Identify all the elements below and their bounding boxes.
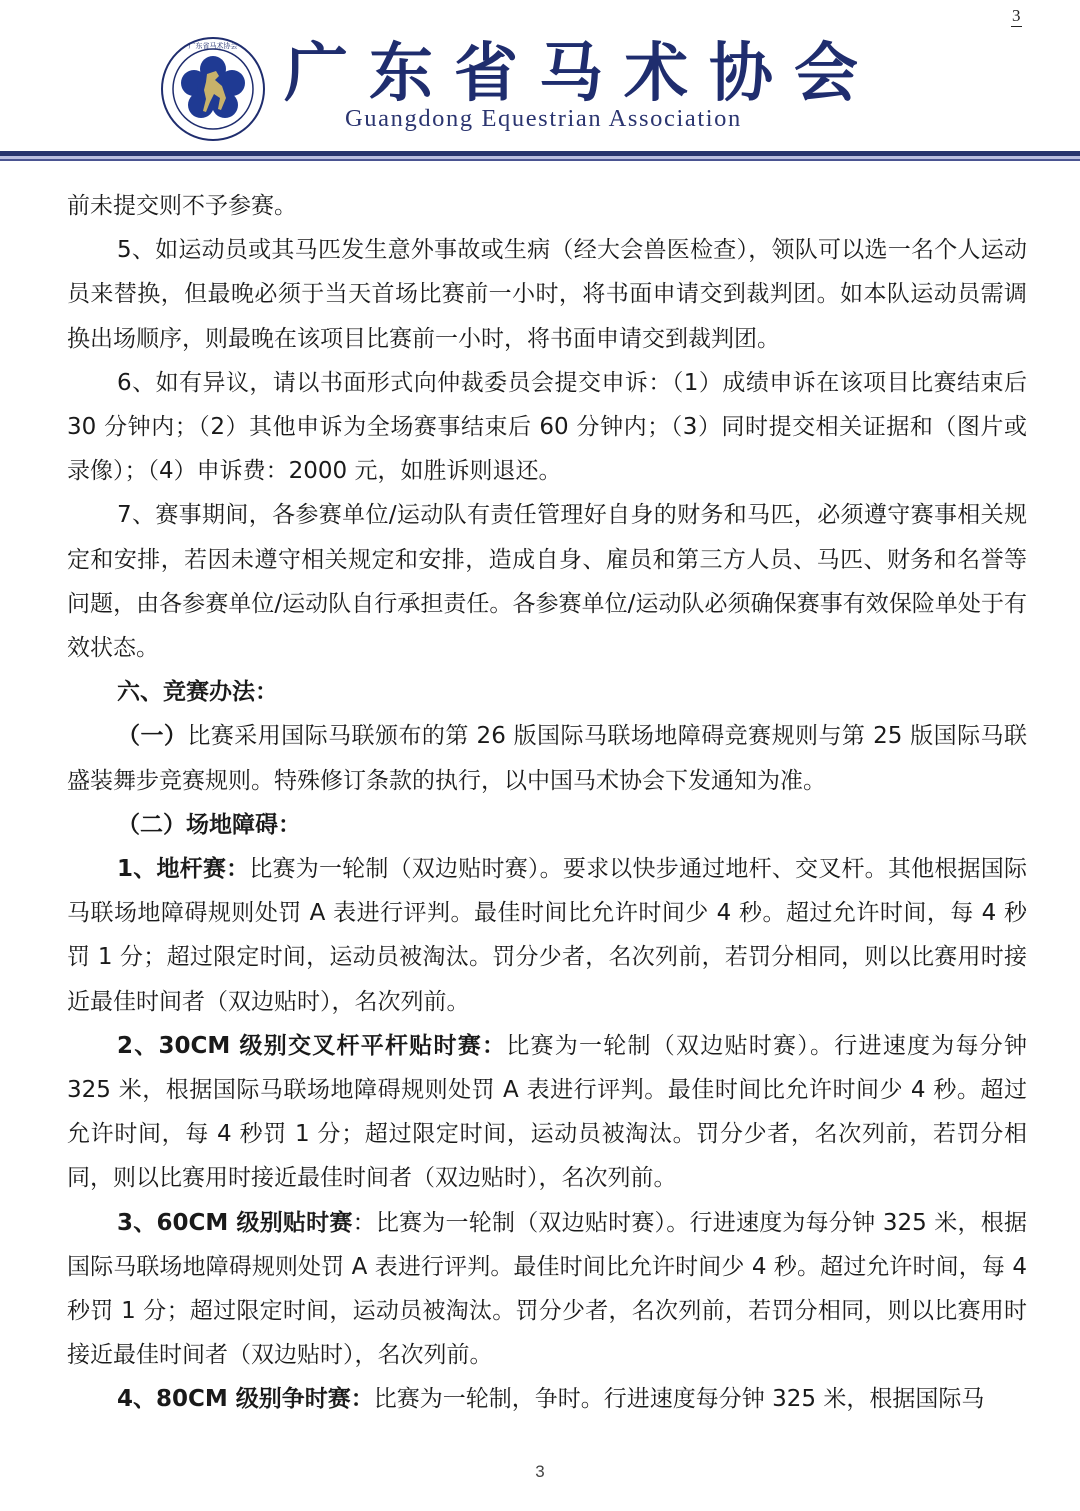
svg-text:广东省马术协会: 广东省马术协会 [189,41,238,50]
event-label: 4、80CM 级别争时赛： [117,1386,374,1412]
paragraph-item-5: 5、如运动员或其马匹发生意外事故或生病（经大会兽医检查），领队可以选一名个人运动… [67,228,1027,361]
section-heading-competition-method: 六、竞赛办法： [67,670,1027,714]
organization-name-chinese: 广东省马术协会 [284,34,879,114]
event-item-30cm: 2、30CM 级别交叉杆平杆贴时赛：比赛为一轮制（双边贴时赛）。行进速度为每分钟… [67,1024,1027,1201]
paragraph-continuation: 前未提交则不予参赛。 [67,184,1027,228]
organization-name-english: Guangdong Equestrian Association [345,105,742,133]
event-item-80cm: 4、80CM 级别争时赛：比赛为一轮制，争时。行进速度每分钟 325 米，根据国… [67,1377,1027,1421]
association-emblem-icon: 广东省马术协会 [160,36,266,142]
paragraph-item-6: 6、如有异议，请以书面形式向仲裁委员会提交申诉：（1）成绩申诉在该项目比赛结束后… [67,361,1027,494]
event-item-ground-pole: 1、地杆赛：比赛为一轮制（双边贴时赛）。要求以快步通过地杆、交叉杆。其他根据国际… [67,847,1027,1024]
subsection-heading-show-jumping: （二）场地障碍： [67,803,1027,847]
page-marker-top: 3 [1011,6,1022,27]
subsection-rules: （一）比赛采用国际马联颁布的第 26 版国际马联场地障碍竞赛规则与第 25 版国… [67,714,1027,802]
document-body: 前未提交则不予参赛。 5、如运动员或其马匹发生意外事故或生病（经大会兽医检查），… [67,184,1027,1422]
subsection-text: 比赛采用国际马联颁布的第 26 版国际马联场地障碍竞赛规则与第 25 版国际马联… [67,723,1027,793]
event-text: 比赛为一轮制，争时。行进速度每分钟 325 米，根据国际马 [374,1386,985,1412]
event-label: 2、30CM 级别交叉杆平杆贴时赛： [117,1033,506,1059]
page-number-footer: 3 [0,1462,1080,1482]
subsection-label: （一） [117,723,187,749]
letterhead: 广东省马术协会 广东省马术协会 Guangdong Equestrian Ass… [0,0,1080,160]
paragraph-item-7: 7、赛事期间，各参赛单位/运动队有责任管理好自身的财务和马匹，必须遵守赛事相关规… [67,493,1027,670]
header-divider-thin [0,159,1080,161]
event-label: 3、60CM 级别贴时赛 [117,1210,353,1236]
event-label: 1、地杆赛： [117,856,249,882]
event-item-60cm: 3、60CM 级别贴时赛：比赛为一轮制（双边贴时赛）。行进速度为每分钟 325 … [67,1201,1027,1378]
